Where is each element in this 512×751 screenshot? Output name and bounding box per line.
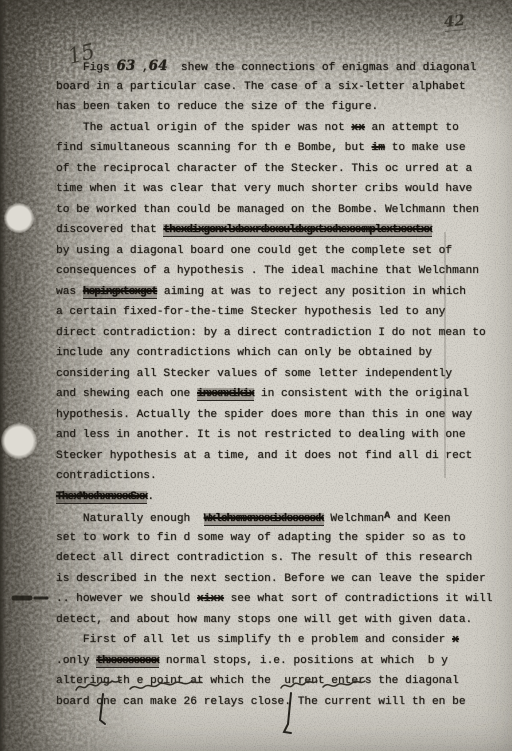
typed-text: . [147, 491, 154, 503]
typed-text: The actual origin of the spider was not [56, 122, 351, 134]
typed-line: Figs 63 ,64 shew the connections of enig… [56, 56, 482, 77]
typed-text: Naturally enough [56, 513, 204, 525]
typed-line: time when it was clear that very much sh… [56, 179, 482, 200]
typed-text: detect all direct contradiction s. The r… [56, 552, 472, 564]
typed-line: and shewing each one inxxnxikix in consi… [56, 384, 482, 405]
typed-line: include any contradictions which can onl… [56, 343, 482, 364]
typed-line: and less in another. It is not restricte… [56, 425, 482, 446]
typed-line: of the reciprocal character of the Steck… [56, 159, 482, 180]
typed-line: has been taken to reduce the size of the… [56, 97, 482, 118]
typed-text: direct contradiction: by a direct contra… [56, 327, 486, 339]
strikeout-blob: thexdixgonxlxboxrdxxouldxgxtxxhexxxmplex… [163, 224, 432, 237]
handwritten-figure-number: 63 [116, 58, 135, 74]
typed-text: Welchman [324, 513, 384, 525]
typed-text: in consistent with the original [254, 388, 469, 400]
typed-line: was hopingxtoxget aiming at was to rejec… [56, 282, 482, 303]
typed-text: and less in another. It is not restricte… [56, 429, 466, 441]
typed-text: an attempt to [365, 122, 459, 134]
strikeout-text: im [372, 142, 385, 154]
typed-text: .. however we should [56, 593, 197, 605]
typed-text: is described in the next section. Before… [56, 573, 486, 585]
typed-text: a certain fixed-for-the-time Stecker hyp… [56, 306, 445, 318]
typed-text: contradictions. [56, 470, 157, 482]
typed-text: detect, and about how many stops one wil… [56, 614, 472, 626]
typed-line: consequences of a hypothesis . The ideal… [56, 261, 482, 282]
typed-line: detect all direct contradiction s. The r… [56, 548, 482, 569]
typed-text: consequences of a hypothesis . The ideal… [56, 265, 479, 277]
typed-text: , [135, 62, 148, 74]
typed-line: board one can make 26 relays close. The … [56, 692, 482, 713]
typed-text: shew the connections of enigmas and diag… [167, 62, 476, 74]
typed-text: .only [56, 655, 96, 667]
typed-text: see what sort of contradictions it will [224, 593, 493, 605]
strikeout-blob: Wxlchxmxnxxxixkxxxxxk [204, 513, 324, 526]
typed-line: detect, and about how many stops one wil… [56, 610, 482, 631]
typed-text: include any contradictions which can onl… [56, 347, 432, 359]
typed-line: board in a particular case. The case of … [56, 77, 482, 98]
hole-punch-icon [4, 203, 34, 233]
scan-edge-shadow [0, 0, 6, 751]
typed-line: a certain fixed-for-the-time Stecker hyp… [56, 302, 482, 323]
typed-line: find simultaneous scanning for th e Bomb… [56, 138, 482, 159]
typed-text: to make use [385, 142, 466, 154]
typed-text: board one can make 26 relays close. The … [56, 696, 466, 708]
handwritten-page-number-right: 42 [443, 11, 466, 32]
typed-text: hypothesis. Actually the spider does mor… [56, 409, 472, 421]
strikeout-text: xx [351, 122, 364, 134]
typed-text: altering th e point at which the urrent … [56, 675, 459, 687]
hole-punch-icon [1, 423, 37, 459]
typed-line: considering all Stecker values of some l… [56, 364, 482, 385]
typed-text: aiming at was to reject any position in … [157, 286, 466, 298]
typed-line: to be worked than could be managed on th… [56, 200, 482, 221]
strikeout-blob: ThexMxxhxnxxxSxx [56, 491, 147, 504]
typed-text: and Keen [390, 513, 450, 525]
typed-line: .. however we should xixx see what sort … [56, 589, 482, 610]
typed-text: of the reciprocal character of the Steck… [56, 163, 472, 175]
typed-text: find simultaneous scanning for th e Bomb… [56, 142, 372, 154]
typed-text: discovered that [56, 224, 163, 236]
typed-text: Stecker hypothesis at a time, and it doe… [56, 450, 472, 462]
typed-line: set to work to fin d some way of adaptin… [56, 528, 482, 549]
typed-line: The actual origin of the spider was not … [56, 118, 482, 139]
typed-lines: Figs 63 ,64 shew the connections of enig… [56, 56, 482, 712]
typed-text: and shewing each one [56, 388, 197, 400]
typed-line: Stecker hypothesis at a time, and it doe… [56, 446, 482, 467]
typed-text: normal stops, i.e. positions at which b … [159, 655, 448, 667]
typed-line: Naturally enough Wxlchxmxnxxxixkxxxxxk W… [56, 507, 482, 528]
typed-line: hypothesis. Actually the spider does mor… [56, 405, 482, 426]
typed-text: has been taken to reduce the size of the… [56, 101, 378, 113]
typed-line: altering th e point at which the urrent … [56, 671, 482, 692]
typed-text: to be worked than could be managed on th… [56, 204, 479, 216]
typed-text: board in a particular case. The case of … [56, 81, 466, 93]
scanned-document-page: Figs 63 ,64 shew the connections of enig… [0, 0, 512, 751]
typed-line: by using a diagonal board one could get … [56, 241, 482, 262]
handwritten-figure-number: 64 [149, 58, 168, 74]
typed-line: ThexMxxhxnxxxSxx. [56, 487, 482, 508]
strikeout-blob: thxxxxxxxxx [96, 655, 159, 668]
typed-line: is described in the next section. Before… [56, 569, 482, 590]
typed-text: time when it was clear that very much sh… [56, 183, 472, 195]
typed-text: set to work to fin d some way of adaptin… [56, 532, 466, 544]
typed-line: direct contradiction: by a direct contra… [56, 323, 482, 344]
typed-text: considering all Stecker values of some l… [56, 368, 452, 380]
strikeout-blob: inxxnxikix [197, 388, 254, 401]
typed-text: First of all let us simplify th e proble… [56, 634, 452, 646]
typed-text: by using a diagonal board one could get … [56, 245, 452, 257]
typed-line: First of all let us simplify th e proble… [56, 630, 482, 651]
strikeout-blob: hopingxtoxget [83, 286, 157, 299]
typed-line: .only thxxxxxxxxx normal stops, i.e. pos… [56, 651, 482, 672]
strikeout-text: x [452, 634, 459, 646]
typed-line: discovered that thexdixgonxlxboxrdxxould… [56, 220, 482, 241]
strikeout-text: xixx [197, 593, 224, 605]
typed-line: contradictions. [56, 466, 482, 487]
typed-text: was [56, 286, 83, 298]
